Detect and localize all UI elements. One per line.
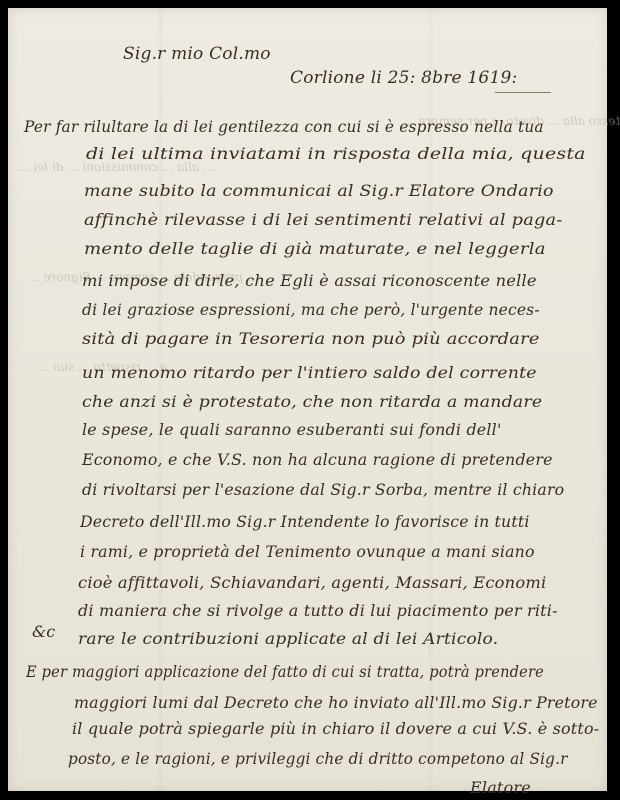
letter-line: posto, e le ragioni, e privileggi che di…: [68, 750, 568, 768]
letter-line: E per maggiori applicazione del fatto di…: [26, 663, 544, 681]
salutation: Sig.r mio Col.mo: [123, 44, 271, 64]
letter-line: di rivoltarsi per l'esazione dal Sig.r S…: [82, 481, 564, 499]
margin-mark: &c: [32, 622, 55, 641]
letter-line: mi impose di dirle, che Egli è assai ric…: [82, 272, 537, 290]
letter-line: il quale potrà spiegarle più in chiaro i…: [72, 720, 599, 738]
letter-line: le spese, le quali saranno esuberanti su…: [82, 421, 502, 439]
letter-line: affinchè rilevasse i di lei sentimenti r…: [84, 211, 563, 229]
letter-line: che anzi si è protestato, che non ritard…: [82, 393, 542, 411]
letter-line: di lei graziose espressioni, ma che però…: [82, 301, 540, 319]
letter-line: sità di pagare in Tesoreria non può più …: [82, 330, 540, 348]
letter-line: di maniera che si rivolge a tutto di lui…: [78, 602, 558, 620]
date-underline: [495, 92, 551, 93]
letter-line: cioè affittavoli, Schiavandari, agenti, …: [78, 574, 546, 592]
letter-line: Economo, e che V.S. non ha alcuna ragion…: [82, 451, 553, 469]
letter-line: mane subito la communicai al Sig.r Elato…: [84, 182, 554, 200]
letter-line: mento delle taglie di già maturate, e ne…: [84, 240, 546, 258]
letter-line: i rami, e proprietà del Tenimento ovunqu…: [80, 543, 535, 561]
signature: Elatore: [470, 778, 531, 797]
letter-line: un menomo ritardo per l'intiero saldo de…: [82, 364, 537, 382]
letter-line: Per far rilultare la di lei gentilezza c…: [24, 118, 544, 136]
letter-page: cui resto del Sig.r... stesso alla ... d…: [8, 8, 607, 791]
place-and-date: Corlione li 25: 8bre 1619:: [290, 68, 517, 88]
letter-line: rare le contribuzioni applicate al di le…: [78, 630, 498, 648]
letter-line: maggiori lumi dal Decreto che ho inviato…: [74, 694, 598, 712]
letter-line: Decreto dell'Ill.mo Sig.r Intendente lo …: [80, 513, 530, 531]
letter-line: di lei ultima inviatami in risposta dell…: [86, 145, 586, 163]
